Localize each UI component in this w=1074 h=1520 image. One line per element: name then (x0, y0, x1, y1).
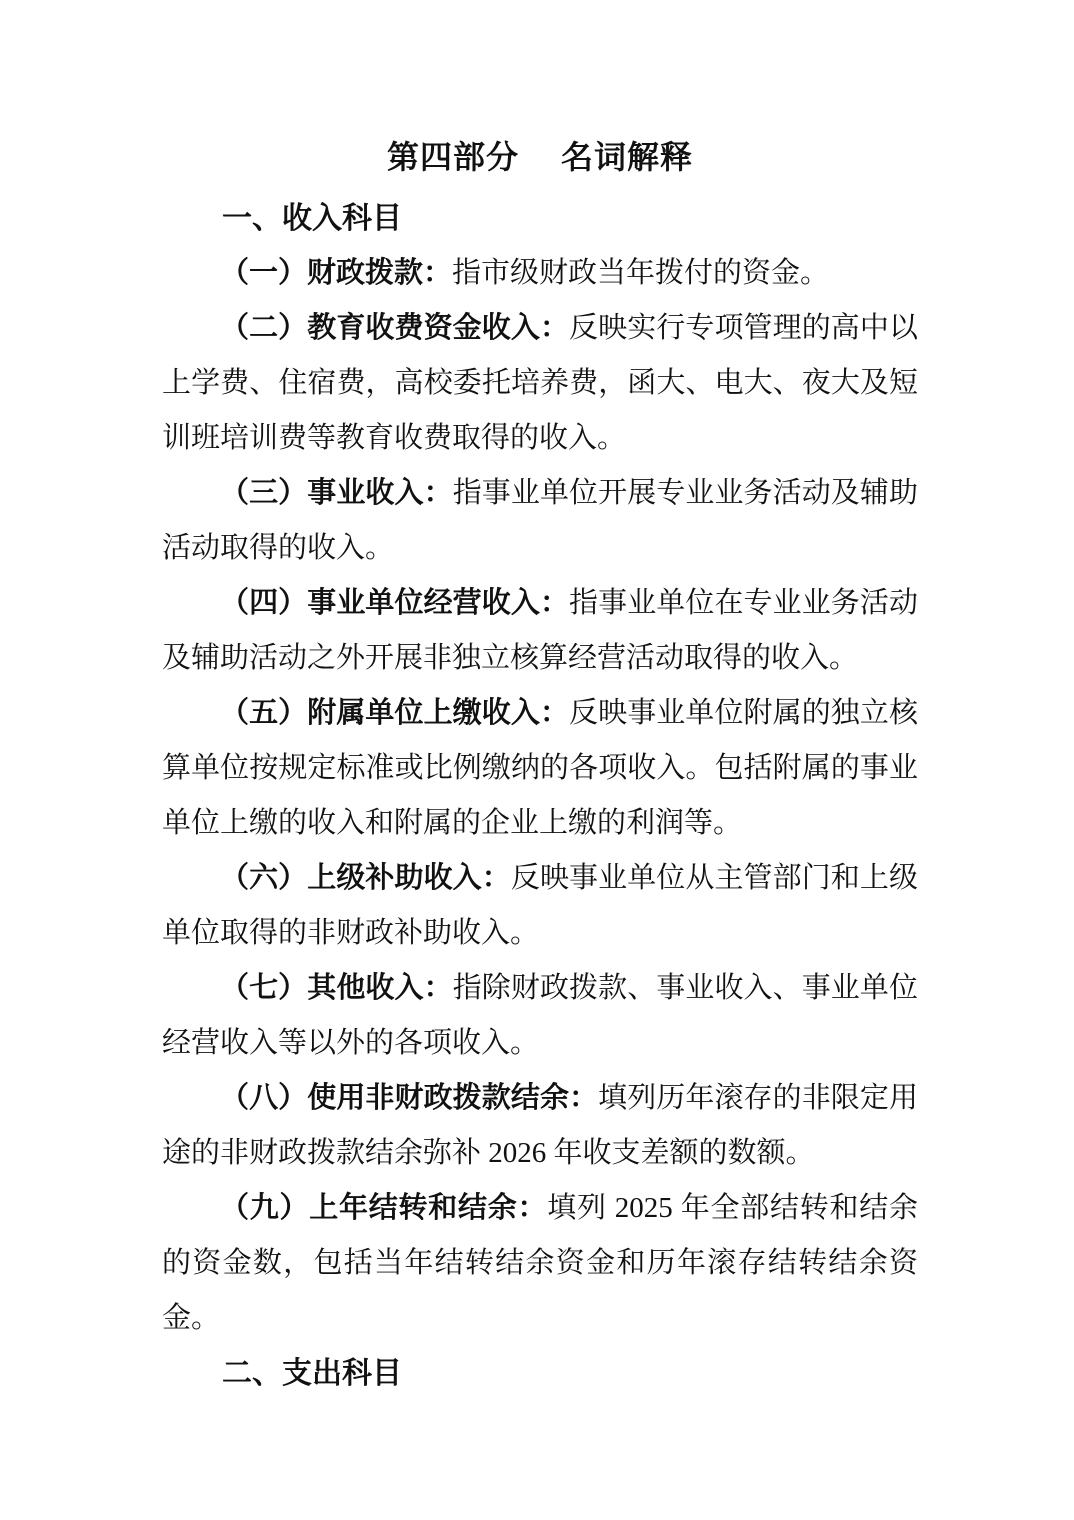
term-label: （七）其他收入： (220, 972, 453, 1004)
term-label: （九）上年结转和结余： (220, 1192, 547, 1224)
term-definition: 指市级财政当年拨付的资金。 (452, 257, 829, 289)
definition-paragraph-operating-income: （三）事业收入：指事业单位开展专业业务活动及辅助活动取得的收入。 (162, 466, 918, 576)
section-heading-expenditure: 二、支出科目 (162, 1346, 918, 1401)
document-page: 第四部分 名词解释 一、收入科目 （一）财政拨款：指市级财政当年拨付的资金。 （… (0, 0, 1074, 1520)
term-label: （五）附属单位上缴收入： (220, 697, 569, 729)
definition-paragraph-subsidiary-remittance-income: （五）附属单位上缴收入：反映事业单位附属的独立核算单位按规定标准或比例缴纳的各项… (162, 686, 918, 851)
definition-paragraph-non-fiscal-balance-usage: （八）使用非财政拨款结余：填列历年滚存的非限定用途的非财政拨款结余弥补 2026… (162, 1071, 918, 1181)
term-label: （三）事业收入： (220, 477, 453, 509)
definition-paragraph-business-operating-income: （四）事业单位经营收入：指事业单位在专业业务活动及辅助活动之外开展非独立核算经营… (162, 576, 918, 686)
definition-paragraph-other-income: （七）其他收入：指除财政拨款、事业收入、事业单位经营收入等以外的各项收入。 (162, 961, 918, 1071)
term-label: （一）财政拨款： (220, 257, 452, 289)
definition-paragraph-superior-subsidy-income: （六）上级补助收入：反映事业单位从主管部门和上级单位取得的非财政补助收入。 (162, 851, 918, 961)
term-label: （四）事业单位经营收入： (220, 587, 569, 619)
definition-paragraph-education-fee-income: （二）教育收费资金收入：反映实行专项管理的高中以上学费、住宿费，高校委托培养费，… (162, 301, 918, 466)
term-label: （二）教育收费资金收入： (220, 312, 569, 344)
definition-paragraph-carryover-balance: （九）上年结转和结余：填列 2025 年全部结转和结余的资金数，包括当年结转结余… (162, 1181, 918, 1346)
section-heading-income: 一、收入科目 (162, 191, 918, 246)
definition-paragraph-fiscal-appropriation: （一）财政拨款：指市级财政当年拨付的资金。 (162, 246, 918, 301)
term-label: （六）上级补助收入： (220, 862, 511, 894)
term-label: （八）使用非财政拨款结余： (220, 1082, 598, 1114)
page-title: 第四部分 名词解释 (162, 130, 918, 185)
